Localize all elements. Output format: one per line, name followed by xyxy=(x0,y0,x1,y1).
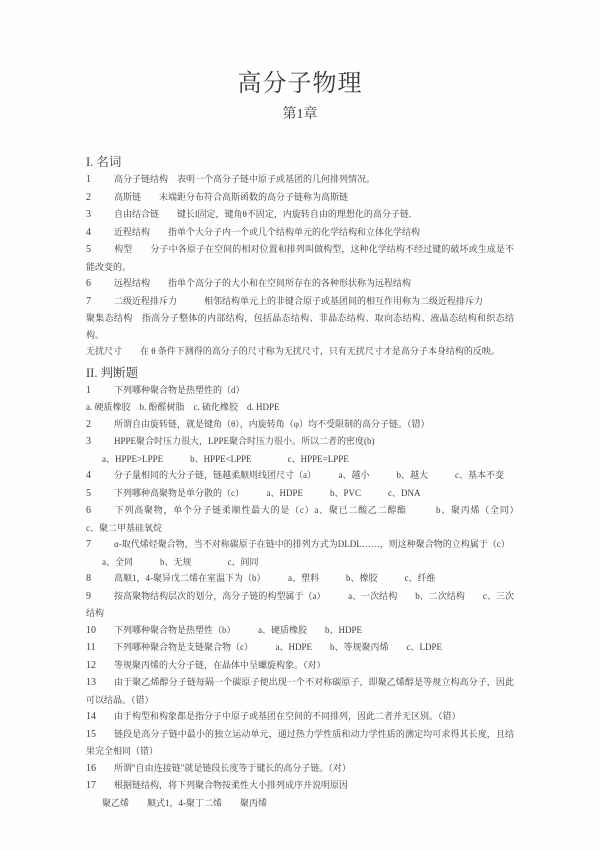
item-number: 9 xyxy=(86,589,114,606)
item-number: 7 xyxy=(86,537,114,554)
item-text: 无扰尺寸 在 θ 条件下测得的高分子的尺寸称为无扰尺寸，只有无扰尺寸才是高分子本… xyxy=(86,346,500,356)
term-item: 无扰尺寸 在 θ 条件下测得的高分子的尺寸称为无扰尺寸，只有无扰尺寸才是高分子本… xyxy=(86,343,514,360)
item-number: 3 xyxy=(86,434,114,451)
options-line: a. 硬质橡胶 b. 酚醛树脂 c. 硫化橡胶 d. HDPE xyxy=(86,399,514,416)
item-text: α-取代烯烃聚合物，当不对称碳原子在链中的排列方式为DLDL……，则这种聚合物的… xyxy=(114,539,510,549)
term-item: 1高分子链结构 表明一个高分子链中原子或基团的几何排列情况。 xyxy=(86,171,514,189)
chapter-subtitle: 第1章 xyxy=(86,105,514,124)
item-number: 3 xyxy=(86,207,114,224)
term-item: 6远程结构 指单个高分子的大小和在空间所存在的各种形状称为远程结构 xyxy=(86,275,514,293)
item-number: 4 xyxy=(86,468,114,485)
polymer-list-line: 聚乙烯 顺式1，4-聚丁二烯 聚丙烯 xyxy=(86,795,514,812)
term-item: 4近程结构 指单个大分子内一个或几个结构单元的化学结构和立体化学结构 xyxy=(86,224,514,242)
item-number: 11 xyxy=(86,640,114,657)
item-text: 近程结构 指单个大分子内一个或几个结构单元的化学结构和立体化学结构 xyxy=(114,227,420,237)
item-number: 7 xyxy=(86,294,114,311)
item-text: a. 硬质橡胶 b. 酚醛树脂 c. 硫化橡胶 d. HDPE xyxy=(86,402,280,412)
item-number: 5 xyxy=(86,486,114,503)
item-number: 4 xyxy=(86,225,114,242)
item-number: 1 xyxy=(86,172,114,189)
item-number: 2 xyxy=(86,417,114,434)
question-item: 4分子量相同的大分子链，链越柔顺则线团尺寸（a） a、越小 b、越大 c、基本不… xyxy=(86,467,514,485)
options-line: a、HPPE>LPPE b、HPPE<LPPE c、HPPE=LPPE xyxy=(86,451,514,468)
item-text: 分子量相同的大分子链，链越柔顺则线团尺寸（a） a、越小 b、越大 c、基本不变 xyxy=(114,470,504,480)
question-item: 14由于构型和构象都是指分子中原子或基团在空间的不同排列，因此二者并无区别。（错… xyxy=(86,708,514,726)
term-item: 7二级近程排斥力 相邻结构单元上的非键合原子或基团间的相互作用称为二级近程排斥力 xyxy=(86,293,514,311)
item-text: 二级近程排斥力 相邻结构单元上的非键合原子或基团间的相互作用称为二级近程排斥力 xyxy=(114,296,483,306)
question-item: 15链段是高分子链中最小的独立运动单元，通过热力学性质和动力学性质的测定均可求得… xyxy=(86,726,514,760)
item-text: 高分子链结构 表明一个高分子链中原子或基团的几何排列情况。 xyxy=(114,174,375,184)
item-number: 12 xyxy=(86,658,114,675)
question-item: 2所谓自由旋转链，就是键角（θ），内旋转角（φ）均不受限制的高分子链。（错） xyxy=(86,416,514,434)
question-item: 10下列哪种聚合物是热塑性（b） a、硬质橡胶 b、HDPE xyxy=(86,622,514,640)
item-text: 等规聚丙烯的大分子链，在晶体中呈螺旋构象。（对） xyxy=(114,660,326,670)
item-text: 所谓"自由连接链"就是链段长度等于键长的高分子链。（对） xyxy=(114,763,351,773)
item-text: 聚乙烯 顺式1，4-聚丁二烯 聚丙烯 xyxy=(102,798,267,808)
item-number: 17 xyxy=(86,778,114,795)
question-item: 13由于聚乙烯醇分子链每隔一个碳原子便出现一个不对称碳原子，即聚乙烯醇是等规立构… xyxy=(86,674,514,708)
question-item: 1下列哪种聚合物是热塑性的（d） xyxy=(86,382,514,400)
item-number: 15 xyxy=(86,727,114,744)
section-heading: I. 名词 xyxy=(86,154,514,171)
item-text: 下列哪种聚合物是热塑性（b） a、硬质橡胶 b、HDPE xyxy=(114,625,362,635)
item-text: 构型 分子中各原子在空间的相对位置和排列叫做构型，这种化学结构不经过键的破坏或生… xyxy=(86,244,514,272)
document-title: 高分子物理 xyxy=(86,70,514,98)
section-heading: II. 判断题 xyxy=(86,365,514,382)
item-number: 8 xyxy=(86,571,114,588)
item-text: 所谓自由旋转链，就是键角（θ），内旋转角（φ）均不受限制的高分子链。（错） xyxy=(114,419,430,429)
item-text: 高顺1，4-聚异戊二烯在室温下为（b） a、塑料 b、橡胶 c、纤维 xyxy=(114,573,436,583)
question-item: 3HPPE聚合时压力很大，LPPE聚合时压力很小。所以二者的密度(b) xyxy=(86,433,514,451)
item-number: 13 xyxy=(86,675,114,692)
item-text: 根据链结构，将下列聚合物按柔性大小排列成序并说明原因 xyxy=(114,780,348,790)
question-item: 17根据链结构，将下列聚合物按柔性大小排列成序并说明原因 xyxy=(86,777,514,795)
item-number: 14 xyxy=(86,709,114,726)
item-text: a、全同 b、无规 c、间同 xyxy=(102,557,259,567)
item-text: 由于构型和构象都是指分子中原子或基团在空间的不同排列，因此二者并无区别。（错） xyxy=(114,711,461,721)
question-item: 7α-取代烯烃聚合物，当不对称碳原子在链中的排列方式为DLDL……，则这种聚合物… xyxy=(86,536,514,554)
section-true-false: II. 判断题 1下列哪种聚合物是热塑性的（d） a. 硬质橡胶 b. 酚醛树脂… xyxy=(86,365,514,812)
item-number: 16 xyxy=(86,761,114,778)
item-number: 10 xyxy=(86,623,114,640)
term-item: 2高斯链 末端距分布符合高斯函数的高分子链称为高斯链 xyxy=(86,189,514,207)
term-item: 3自由结合链 键长l固定，键角θ不固定，内旋转自由的理想化的高分子链. xyxy=(86,206,514,224)
section-terms: I. 名词 1高分子链结构 表明一个高分子链中原子或基团的几何排列情况。 2高斯… xyxy=(86,154,514,360)
term-item: 聚集态结构 指高分子整体的内部结构，包括晶态结构、非晶态结构、取向态结构、液晶态… xyxy=(86,310,514,343)
item-text: 链段是高分子链中最小的独立运动单元，通过热力学性质和动力学性质的测定均可求得其长… xyxy=(86,729,514,757)
term-item: 5构型 分子中各原子在空间的相对位置和排列叫做构型，这种化学结构不经过键的破坏或… xyxy=(86,241,514,275)
item-text: 高斯链 末端距分布符合高斯函数的高分子链称为高斯链 xyxy=(114,192,348,202)
item-text: HPPE聚合时压力很大，LPPE聚合时压力很小。所以二者的密度(b) xyxy=(114,436,375,446)
question-item: 5下列哪种高聚物是单分散的（c） a、HDPE b、PVC c、DNA xyxy=(86,485,514,503)
question-item: 9按高聚物结构层次的划分，高分子链的构型属于（a） a、一次结构 b、二次结构 … xyxy=(86,588,514,622)
item-text: 自由结合链 键长l固定，键角θ不固定，内旋转自由的理想化的高分子链. xyxy=(114,209,411,219)
question-item: 6下列高聚物，单个分子链柔顺性最大的是（c）a、聚已二酸乙二醇酯 b、聚丙烯（全… xyxy=(86,502,514,536)
question-item: 11下列哪种聚合物是支链聚合物（c） a、HDPE b、等规聚丙烯 c、LDPE xyxy=(86,639,514,657)
item-text: 下列哪种聚合物是支链聚合物（c） a、HDPE b、等规聚丙烯 c、LDPE xyxy=(114,642,442,652)
question-item: 16所谓"自由连接链"就是链段长度等于键长的高分子链。（对） xyxy=(86,760,514,778)
item-text: a、HPPE>LPPE b、HPPE<LPPE c、HPPE=LPPE xyxy=(102,454,349,464)
item-number: 6 xyxy=(86,276,114,293)
item-text: 按高聚物结构层次的划分，高分子链的构型属于（a） a、一次结构 b、二次结构 c… xyxy=(86,591,514,619)
item-text: 由于聚乙烯醇分子链每隔一个碳原子便出现一个不对称碳原子，即聚乙烯醇是等规立构高分… xyxy=(86,677,514,705)
item-text: 聚集态结构 指高分子整体的内部结构，包括晶态结构、非晶态结构、取向态结构、液晶态… xyxy=(86,313,514,340)
question-item: 12等规聚丙烯的大分子链，在晶体中呈螺旋构象。（对） xyxy=(86,657,514,675)
item-text: 下列高聚物，单个分子链柔顺性最大的是（c）a、聚已二酸乙二醇酯 b、聚丙烯（全同… xyxy=(86,505,541,533)
item-text: 远程结构 指单个高分子的大小和在空间所存在的各种形状称为远程结构 xyxy=(114,278,411,288)
question-item: 8高顺1，4-聚异戊二烯在室温下为（b） a、塑料 b、橡胶 c、纤维 xyxy=(86,570,514,588)
item-number: 2 xyxy=(86,190,114,207)
item-text: 下列哪种聚合物是热塑性的（d） xyxy=(114,385,245,395)
item-number: 5 xyxy=(86,242,114,259)
options-line: a、全同 b、无规 c、间同 xyxy=(86,554,514,571)
item-number: 6 xyxy=(86,503,114,520)
document-page: 高分子物理 第1章 I. 名词 1高分子链结构 表明一个高分子链中原子或基团的几… xyxy=(0,0,600,850)
item-text: 下列哪种高聚物是单分散的（c） a、HDPE b、PVC c、DNA xyxy=(114,488,421,498)
item-number: 1 xyxy=(86,383,114,400)
